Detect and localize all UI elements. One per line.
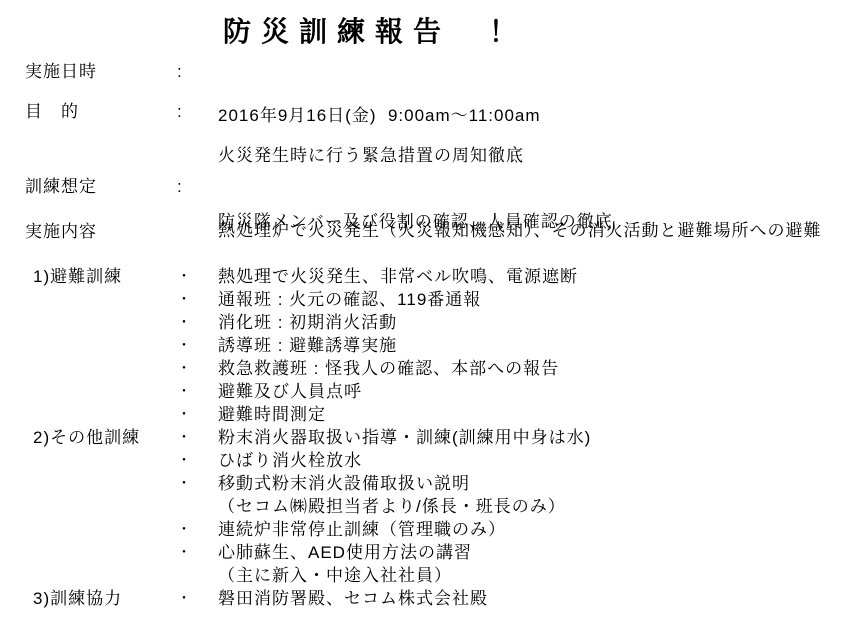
- list-item-note: （主に新入・中途入社社員）: [218, 564, 864, 587]
- list-item-text: 避難時間測定: [218, 403, 864, 426]
- list-item-text: 熱処理で火災発生、非常ベル吹鳴、電源遮断: [218, 265, 864, 288]
- bullet-marker: ・: [177, 380, 218, 403]
- bullet-marker: ・: [177, 426, 218, 449]
- list-item-text: 移動式粉末消火設備取扱い説明: [218, 472, 864, 495]
- bullet-marker: ・: [177, 288, 218, 311]
- meta-label: 実施日時: [0, 61, 177, 83]
- meta-colon: :: [177, 176, 218, 198]
- list-row: ・ ひばり消火栓放水: [0, 449, 864, 472]
- list-item-text: 消化班 : 初期消火活動: [218, 311, 864, 334]
- list-row: （主に新入・中途入社社員）: [0, 564, 864, 587]
- list-item-text: 磐田消防署殿、セコム株式会社殿: [218, 587, 864, 610]
- list-item-text: 救急救護班 : 怪我人の確認、本部への報告: [218, 357, 864, 380]
- meta-colon: :: [177, 61, 218, 83]
- list-row: ・ 通報班 : 火元の確認、119番通報: [0, 288, 864, 311]
- section-heading: 実施内容: [0, 221, 177, 243]
- list-row: ・ 避難時間測定: [0, 403, 864, 426]
- bullet-marker: ・: [177, 265, 218, 288]
- list-row: 1)避難訓練 ・ 熱処理で火災発生、非常ベル吹鳴、電源遮断: [0, 265, 864, 288]
- list-row: （セコム㈱殿担当者より/係長・班長のみ）: [0, 495, 864, 518]
- list-item-text: 心肺蘇生、AED使用方法の講習: [218, 541, 864, 564]
- bullet-marker: ・: [177, 587, 218, 610]
- list-row: ・ 移動式粉末消火設備取扱い説明: [0, 472, 864, 495]
- list-row: ・ 連続炉非常停止訓練（管理職のみ）: [0, 518, 864, 541]
- list-row: ・ 心肺蘇生、AED使用方法の講習: [0, 541, 864, 564]
- meta-value-purpose-1: 火災発生時に行う緊急措置の周知徹底: [218, 145, 864, 167]
- bullet-marker: ・: [177, 403, 218, 426]
- list-item-text: 避難及び人員点呼: [218, 380, 864, 403]
- list-item-note: （セコム㈱殿担当者より/係長・班長のみ）: [218, 495, 864, 518]
- list-row: ・ 消化班 : 初期消火活動: [0, 311, 864, 334]
- list-item-text: 通報班 : 火元の確認、119番通報: [218, 288, 864, 311]
- list-row: ・ 誘導班 : 避難誘導実施: [0, 334, 864, 357]
- list-item-text: 粉末消火器取扱い指導・訓練(訓練用中身は水): [218, 426, 864, 449]
- bullet-marker: ・: [177, 449, 218, 472]
- list-item-text: 連続炉非常停止訓練（管理職のみ）: [218, 518, 864, 541]
- training-contents-list: 1)避難訓練 ・ 熱処理で火災発生、非常ベル吹鳴、電源遮断 ・ 通報班 : 火元…: [0, 265, 864, 610]
- list-item-text: ひばり消火栓放水: [218, 449, 864, 472]
- meta-row-contents-heading: 実施内容: [0, 221, 864, 243]
- meta-label: 訓練想定: [0, 176, 177, 198]
- list-row: 2)その他訓練 ・ 粉末消火器取扱い指導・訓練(訓練用中身は水): [0, 426, 864, 449]
- list-item-text: 誘導班 : 避難誘導実施: [218, 334, 864, 357]
- bullet-marker: ・: [177, 541, 218, 564]
- list-row: ・ 避難及び人員点呼: [0, 380, 864, 403]
- bullet-marker: ・: [177, 518, 218, 541]
- bullet-marker: ・: [177, 472, 218, 495]
- report-page: 防災訓練報告 ！ 実施日時 : 2016年9月16日(金) 9:00am～11:…: [0, 0, 864, 637]
- bullet-marker: ・: [177, 357, 218, 380]
- meta-colon: :: [177, 101, 218, 123]
- list-section-label: 1)避難訓練: [0, 265, 177, 288]
- list-row: ・ 救急救護班 : 怪我人の確認、本部への報告: [0, 357, 864, 380]
- list-section-label: 3)訓練協力: [0, 587, 177, 610]
- list-row: 3)訓練協力 ・ 磐田消防署殿、セコム株式会社殿: [0, 587, 864, 610]
- bullet-marker: ・: [177, 311, 218, 334]
- meta-label: 目 的: [0, 101, 177, 123]
- page-title: 防災訓練報告 ！: [223, 10, 527, 50]
- bullet-marker: ・: [177, 334, 218, 357]
- list-section-label: 2)その他訓練: [0, 426, 177, 449]
